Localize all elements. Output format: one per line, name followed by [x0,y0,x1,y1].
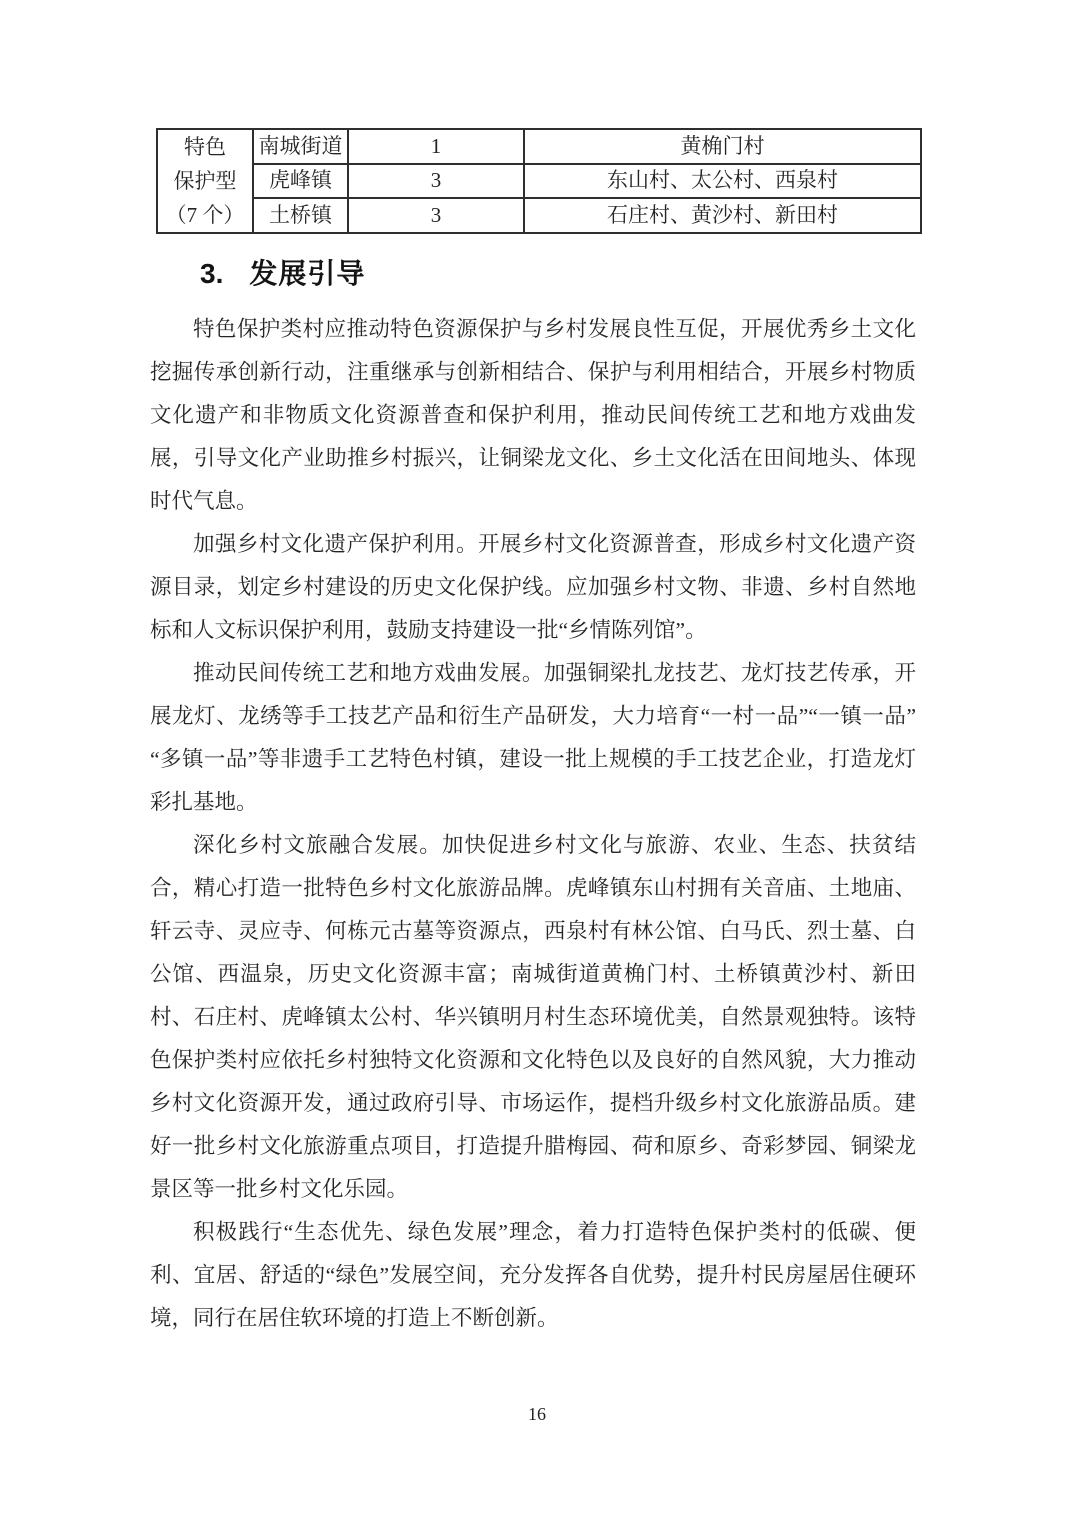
paragraph: 深化乡村文旅融合发展。加快促进乡村文化与旅游、农业、生态、扶贫结合，精心打造一批… [150,824,916,1211]
village-table: 特色 保护型 （7 个） 南城街道 1 黄桷门村 虎峰镇 3 东山村、太公村、西… [156,128,922,234]
table-cell-villages: 石庄村、黄沙村、新田村 [524,198,921,233]
section-heading: 3.发展引导 [200,256,365,292]
table-cell-count: 3 [348,164,524,199]
paragraph: 积极践行“生态优先、绿色发展”理念，着力打造特色保护类村的低碳、便利、宜居、舒适… [150,1211,916,1340]
table-cell-town: 南城街道 [253,129,348,164]
page-number: 16 [0,1404,1074,1425]
table-cell-count: 3 [348,198,524,233]
document-page: 特色 保护型 （7 个） 南城街道 1 黄桷门村 虎峰镇 3 东山村、太公村、西… [0,0,1074,1520]
table-cell-villages: 东山村、太公村、西泉村 [524,164,921,199]
table-row: 虎峰镇 3 东山村、太公村、西泉村 [157,164,921,199]
paragraph: 特色保护类村应推动特色资源保护与乡村发展良性互促，开展优秀乡土文化挖掘传承创新行… [150,308,916,523]
category-line: （7 个） [158,198,252,232]
heading-title: 发展引导 [249,258,365,289]
paragraph: 推动民间传统工艺和地方戏曲发展。加强铜梁扎龙技艺、龙灯技艺传承，开展龙灯、龙绣等… [150,652,916,824]
table-cell-town: 土桥镇 [253,198,348,233]
category-line: 特色 [158,130,252,164]
paragraph: 加强乡村文化遗产保护利用。开展乡村文化资源普查，形成乡村文化遗产资源目录，划定乡… [150,523,916,652]
table-cell-category: 特色 保护型 （7 个） [157,129,253,233]
body-text: 特色保护类村应推动特色资源保护与乡村发展良性互促，开展优秀乡土文化挖掘传承创新行… [150,308,916,1340]
table-cell-town: 虎峰镇 [253,164,348,199]
table-row: 特色 保护型 （7 个） 南城街道 1 黄桷门村 [157,129,921,164]
table-cell-count: 1 [348,129,524,164]
table-row: 土桥镇 3 石庄村、黄沙村、新田村 [157,198,921,233]
heading-number: 3. [200,258,223,289]
table-cell-villages: 黄桷门村 [524,129,921,164]
category-line: 保护型 [158,164,252,198]
